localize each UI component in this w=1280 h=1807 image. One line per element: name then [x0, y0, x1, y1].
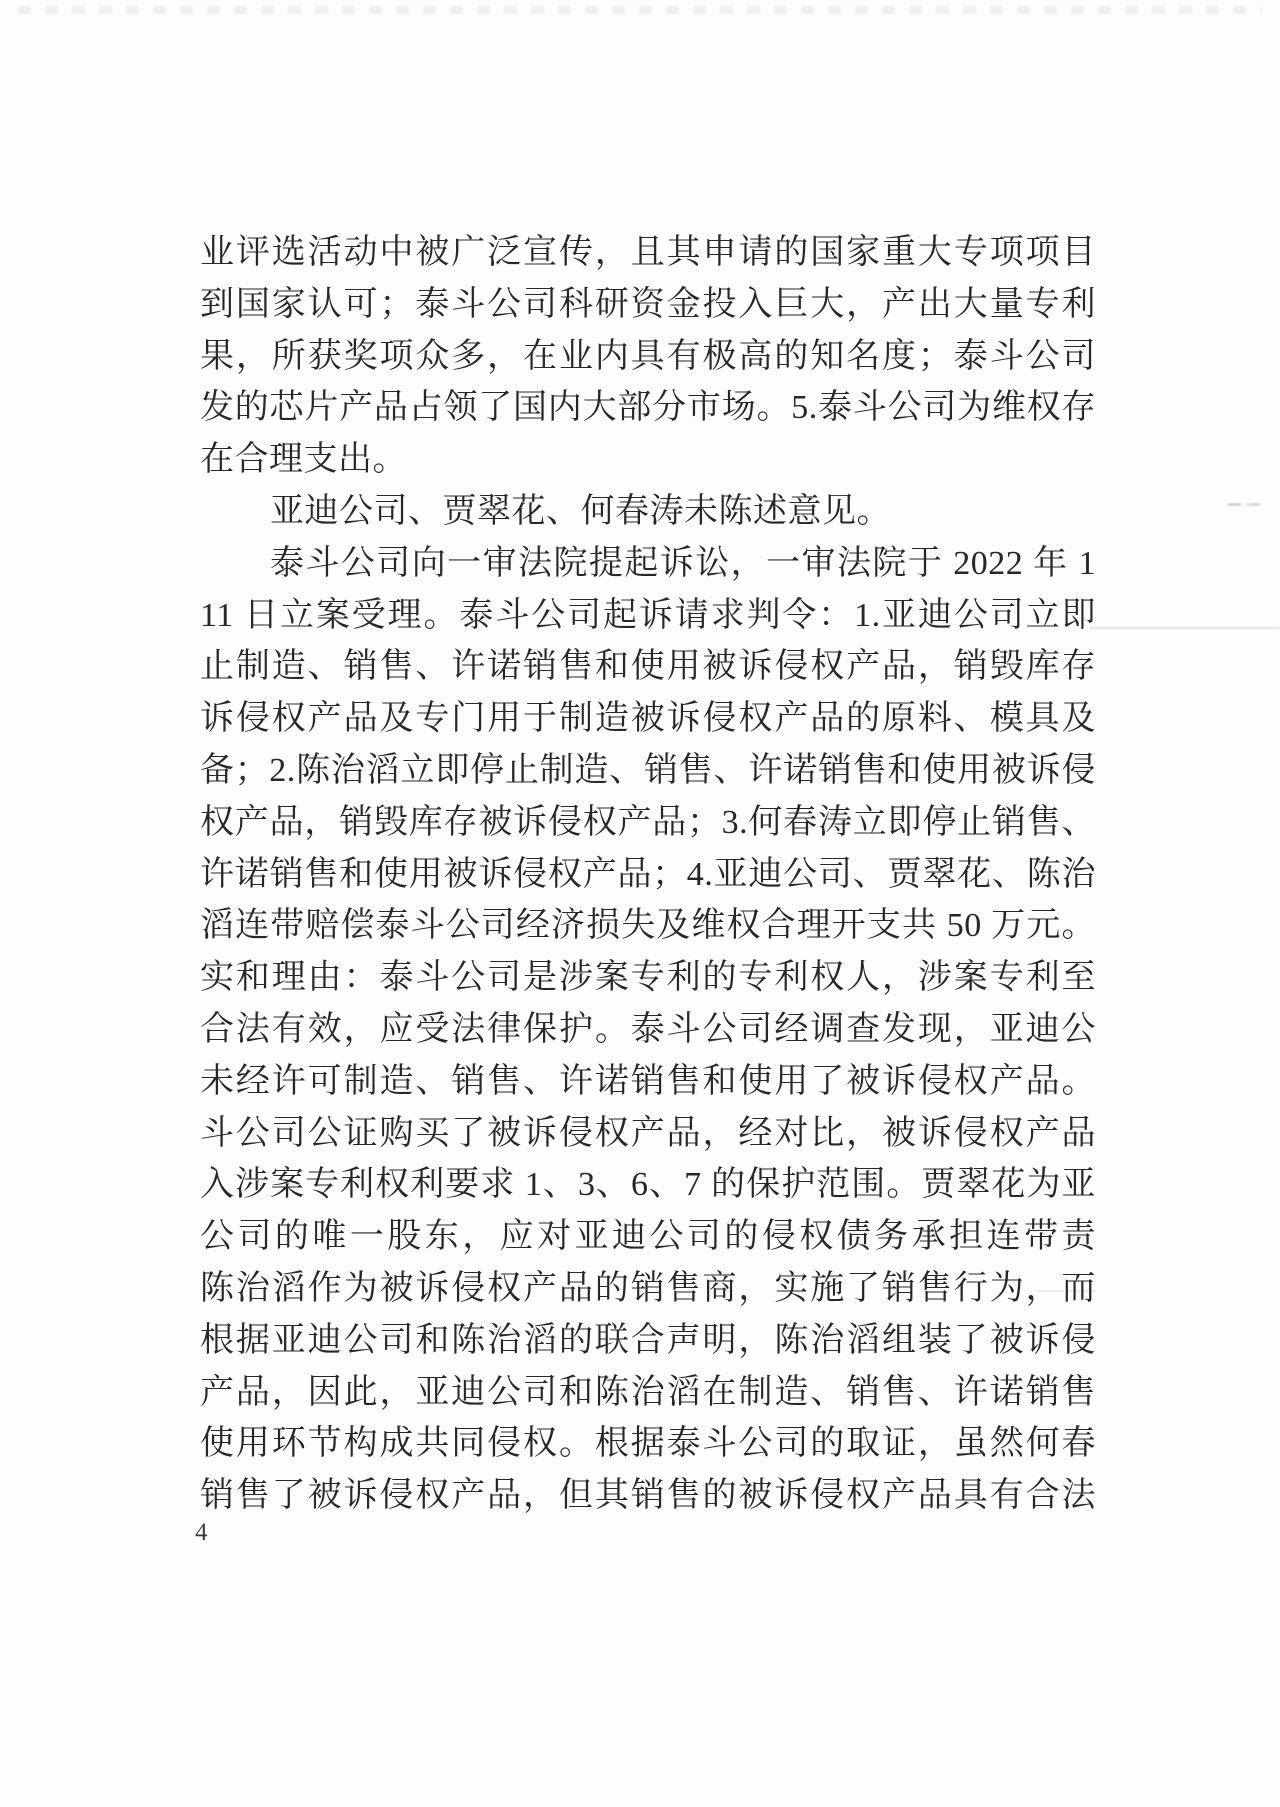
text-line: 止制造、销售、许诺销售和使用被诉侵权产品，销毁库存被 — [200, 641, 1096, 693]
text-line: 入涉案专利权利要求 1、3、6、7 的保护范围。贾翠花为亚迪 — [200, 1159, 1096, 1211]
text-line: 在合理支出。 — [200, 434, 1096, 486]
text-line: 备；2.陈治滔立即停止制造、销售、许诺销售和使用被诉侵 — [200, 745, 1096, 797]
text-line: 许诺销售和使用被诉侵权产品；4.亚迪公司、贾翠花、陈治 — [200, 849, 1096, 901]
scan-artifact — [1228, 503, 1266, 506]
text-line: 斗公司公证购买了被诉侵权产品，经对比，被诉侵权产品落 — [200, 1108, 1096, 1160]
text-line: 亚迪公司、贾翠花、何春涛未陈述意见。 — [200, 486, 1096, 538]
text-line: 泰斗公司向一审法院提起诉讼，一审法院于 2022 年 1 月 — [200, 538, 1096, 590]
document-page: 业评选活动中被广泛宣传，且其申请的国家重大专项项目得 到国家认可；泰斗公司科研资… — [0, 0, 1280, 1807]
text-line: 权产品，销毁库存被诉侵权产品；3.何春涛立即停止销售、 — [200, 797, 1096, 849]
text-line: 公司的唯一股东，应对亚迪公司的侵权债务承担连带责任。 — [200, 1211, 1096, 1263]
text-line: 11 日立案受理。泰斗公司起诉请求判令：1.亚迪公司立即停 — [200, 590, 1096, 642]
text-line: 销售了被诉侵权产品，但其销售的被诉侵权产品具有合法来 — [200, 1470, 1096, 1522]
text-line: 业评选活动中被广泛宣传，且其申请的国家重大专项项目得 — [200, 227, 1096, 279]
page-text: 业评选活动中被广泛宣传，且其申请的国家重大专项项目得 到国家认可；泰斗公司科研资… — [200, 227, 1096, 1522]
text-line: 到国家认可；泰斗公司科研资金投入巨大，产出大量专利成 — [200, 279, 1096, 331]
text-line: 发的芯片产品占领了国内大部分市场。5.泰斗公司为维权存 — [200, 382, 1096, 434]
scan-noise-top — [18, 6, 1262, 14]
scan-artifact — [1090, 627, 1280, 629]
text-line: 诉侵权产品及专门用于制造被诉侵权产品的原料、模具及设 — [200, 693, 1096, 745]
text-line: 实和理由：泰斗公司是涉案专利的专利权人，涉案专利至今 — [200, 952, 1096, 1004]
text-line: 滔连带赔偿泰斗公司经济损失及维权合理开支共 50 万元。事 — [200, 900, 1096, 952]
text-line: 产品，因此，亚迪公司和陈治滔在制造、销售、许诺销售和 — [200, 1367, 1096, 1419]
text-line: 陈治滔作为被诉侵权产品的销售商，实施了销售行为，而且 — [200, 1263, 1096, 1315]
text-line: 使用环节构成共同侵权。根据泰斗公司的取证，虽然何春涛 — [200, 1418, 1096, 1470]
page-number: 4 — [195, 1518, 208, 1548]
text-line: 根据亚迪公司和陈治滔的联合声明，陈治滔组装了被诉侵权 — [200, 1315, 1096, 1367]
text-line: 未经许可制造、销售、许诺销售和使用了被诉侵权产品。泰 — [200, 1056, 1096, 1108]
text-line: 果，所获奖项众多，在业内具有极高的知名度；泰斗公司研 — [200, 331, 1096, 383]
text-line: 合法有效，应受法律保护。泰斗公司经调查发现，亚迪公司 — [200, 1004, 1096, 1056]
